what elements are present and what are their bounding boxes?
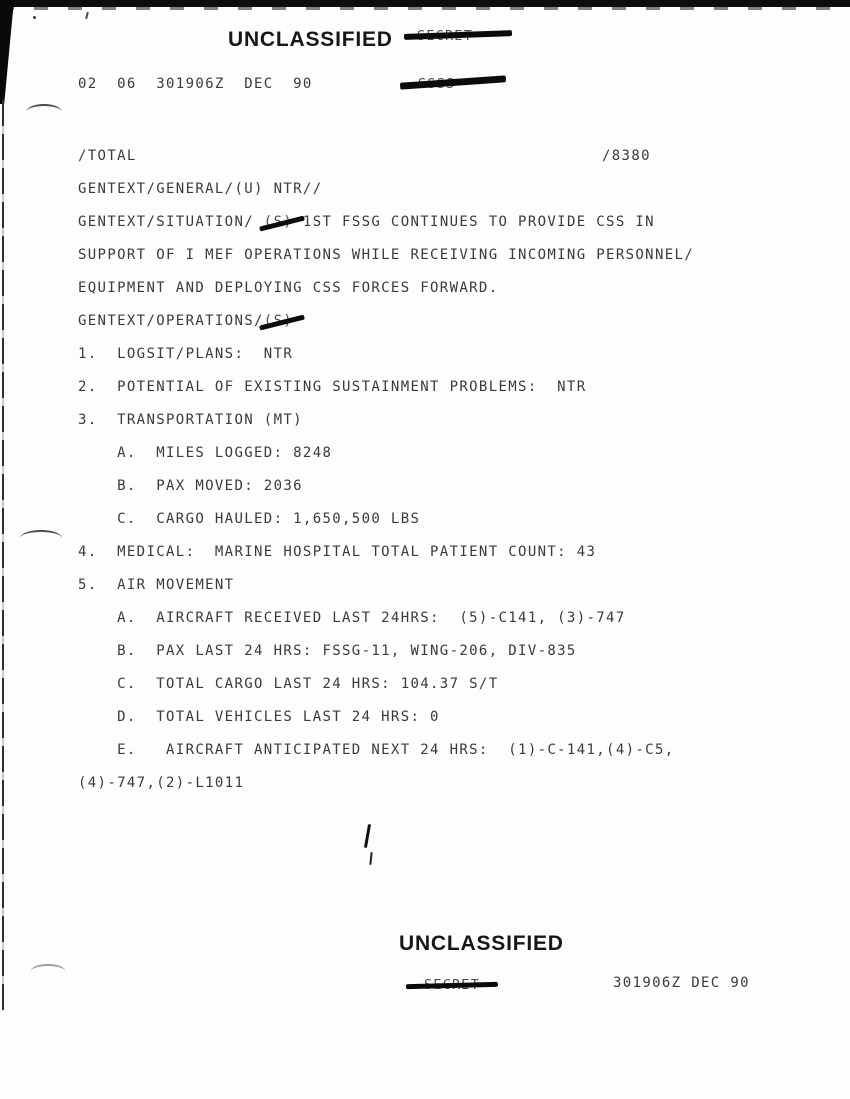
- stray-pen-mark: [369, 852, 372, 865]
- scan-edge-top-fuzz: [0, 7, 850, 10]
- document-line: D. TOTAL VEHICLES LAST 24 HRS: 0: [78, 701, 798, 734]
- margin-pen-arc: [20, 530, 62, 546]
- line-text: 5. AIR MOVEMENT: [78, 577, 234, 593]
- classification-banner-bottom: UNCLASSIFIED: [399, 932, 564, 956]
- document-line: GENTEXT/SITUATION/ (S) 1ST FSSG CONTINUE…: [78, 206, 798, 239]
- document-line: 5. AIR MOVEMENT: [78, 569, 798, 602]
- document-line: A. MILES LOGGED: 8248: [78, 437, 798, 470]
- scan-edge-left-line: [2, 100, 4, 1010]
- scan-edge-top: [0, 0, 850, 7]
- struck-text: (S): [264, 313, 293, 329]
- line-text: B. PAX MOVED: 2036: [78, 478, 303, 494]
- line-text: 2. POTENTIAL OF EXISTING SUSTAINMENT PRO…: [78, 379, 587, 395]
- line-text: (4)-747,(2)-L1011: [78, 775, 244, 791]
- stray-pen-mark: [364, 824, 371, 848]
- classification-banner-top: UNCLASSIFIED: [228, 28, 393, 52]
- line-text: 1ST FSSG CONTINUES TO PROVIDE CSS IN: [293, 214, 655, 230]
- document-line: SUPPORT OF I MEF OPERATIONS WHILE RECEIV…: [78, 239, 798, 272]
- line-text: EQUIPMENT AND DEPLOYING CSS FORCES FORWA…: [78, 280, 498, 296]
- ink-speck: [33, 16, 36, 19]
- ink-speck: [85, 12, 89, 19]
- line-text: C. TOTAL CARGO LAST 24 HRS: 104.37 S/T: [78, 676, 498, 692]
- footer-dtg: 301906Z DEC 90: [613, 975, 750, 991]
- right-column-text: /8380: [602, 140, 651, 173]
- document-line: C. CARGO HAULED: 1,650,500 LBS: [78, 503, 798, 536]
- document-line: GENTEXT/OPERATIONS/(S): [78, 305, 798, 338]
- line-text: D. TOTAL VEHICLES LAST 24 HRS: 0: [78, 709, 440, 725]
- document-line: /TOTAL/8380: [78, 140, 798, 173]
- line-text: B. PAX LAST 24 HRS: FSSG-11, WING-206, D…: [78, 643, 577, 659]
- line-text: C. CARGO HAULED: 1,650,500 LBS: [78, 511, 420, 527]
- document-line: 1. LOGSIT/PLANS: NTR: [78, 338, 798, 371]
- line-text: E. AIRCRAFT ANTICIPATED NEXT 24 HRS: (1)…: [78, 742, 675, 758]
- line-text: SUPPORT OF I MEF OPERATIONS WHILE RECEIV…: [78, 247, 694, 263]
- margin-pen-arc: [30, 964, 66, 980]
- line-text: /TOTAL: [78, 148, 137, 164]
- line-text: 4. MEDICAL: MARINE HOSPITAL TOTAL PATIEN…: [78, 544, 596, 560]
- line-text: A. AIRCRAFT RECEIVED LAST 24HRS: (5)-C14…: [78, 610, 626, 626]
- document-line: 4. MEDICAL: MARINE HOSPITAL TOTAL PATIEN…: [78, 536, 798, 569]
- document-line: EQUIPMENT AND DEPLOYING CSS FORCES FORWA…: [78, 272, 798, 305]
- line-text: 1. LOGSIT/PLANS: NTR: [78, 346, 293, 362]
- margin-pen-arc: [26, 104, 62, 120]
- line-text: GENTEXT/GENERAL/(U) NTR//: [78, 181, 322, 197]
- document-line: B. PAX LAST 24 HRS: FSSG-11, WING-206, D…: [78, 635, 798, 668]
- document-body: /TOTAL/8380GENTEXT/GENERAL/(U) NTR//GENT…: [78, 140, 798, 800]
- document-line: C. TOTAL CARGO LAST 24 HRS: 104.37 S/T: [78, 668, 798, 701]
- document-line: 3. TRANSPORTATION (MT): [78, 404, 798, 437]
- document-line: GENTEXT/GENERAL/(U) NTR//: [78, 173, 798, 206]
- struck-text: (S): [264, 214, 293, 230]
- line-text: 3. TRANSPORTATION (MT): [78, 412, 303, 428]
- document-line: (4)-747,(2)-L1011: [78, 767, 798, 800]
- document-line: B. PAX MOVED: 2036: [78, 470, 798, 503]
- document-line: A. AIRCRAFT RECEIVED LAST 24HRS: (5)-C14…: [78, 602, 798, 635]
- line-text: GENTEXT/OPERATIONS/: [78, 313, 264, 329]
- document-line: E. AIRCRAFT ANTICIPATED NEXT 24 HRS: (1)…: [78, 734, 798, 767]
- message-dtg-line: 02 06 301906Z DEC 90: [78, 76, 313, 92]
- document-line: 2. POTENTIAL OF EXISTING SUSTAINMENT PRO…: [78, 371, 798, 404]
- line-text: A. MILES LOGGED: 8248: [78, 445, 332, 461]
- line-text: GENTEXT/SITUATION/: [78, 214, 264, 230]
- scan-edge-left-wedge: [0, 0, 14, 104]
